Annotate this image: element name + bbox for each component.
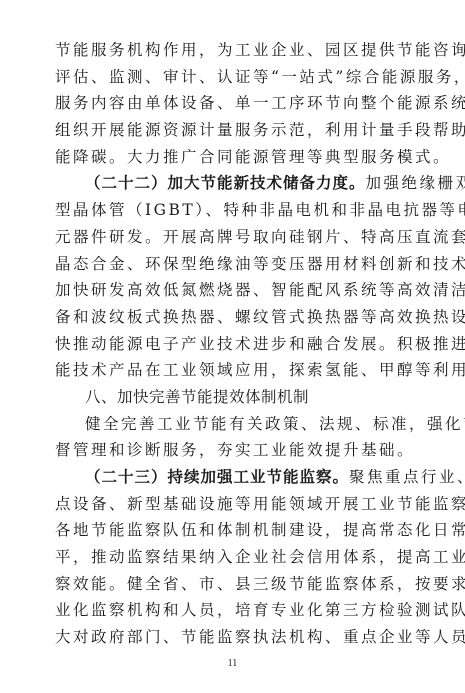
text-line: 晶态合金、环保型绝缘油等变压器用材料创新和技术升级。 [55, 251, 424, 278]
text-line: 点设备、新型基础设施等用能领域开展工业节能监察。强化 [55, 491, 424, 518]
text-line: 能降碳。大力推广合同能源管理等典型服务模式。 [55, 144, 424, 171]
text-line: 察效能。健全省、市、县三级节能监察体系，按要求配备专 [55, 571, 424, 598]
text-line: 督管理和诊断服务，夯实工业能效提升基础。 [55, 437, 424, 464]
text-line: 评估、监测、审计、认证等“一站式”综合能源服务，推动 [55, 64, 424, 91]
text-line: 能技术产品在工业领域应用，探索氢能、甲醇等利用模式。 [55, 357, 424, 384]
text-line: 型晶体管（IGBT）、特种非晶电机和非晶电抗器等电机核心 [55, 197, 424, 224]
text-line: 备和波纹板式换热器、螺纹管式换热器等高效换热设备。加 [55, 304, 424, 331]
text-line: 加快研发高效低氮燃烧器、智能配风系统等高效清洁燃烧设 [55, 277, 424, 304]
section-23-title: （二十三）持续加强工业节能监察。 [85, 468, 349, 486]
text-line: 快推动能源电子产业技术进步和融合发展。积极推进新型储 [55, 331, 424, 358]
text-line: 各地节能监察队伍和体制机制建设，提高常态化日常监察水 [55, 517, 424, 544]
text-line: 健全完善工业节能有关政策、法规、标准，强化节能监 [55, 411, 424, 438]
text-line: 大对政府部门、节能监察执法机构、重点企业等人员培训力 [55, 624, 424, 651]
text-line: 服务内容由单体设备、单一工序环节向整个能源系统转变。 [55, 90, 424, 117]
section-22-title: （二十二）加大节能新技术储备力度。 [85, 174, 366, 192]
section-22-first-line-text: 加强绝缘栅双极 [366, 174, 465, 192]
page-number: 11 [0, 658, 465, 669]
document-page: 节能服务机构作用，为工业企业、园区提供节能咨询、设计、 评估、监测、审计、认证等… [55, 37, 424, 651]
section-23-first-line: （二十三）持续加强工业节能监察。聚焦重点行业、重 [55, 464, 424, 491]
text-line: 元器件研发。开展高牌号取向硅钢片、特高压直流套管、非 [55, 224, 424, 251]
text-line: 节能服务机构作用，为工业企业、园区提供节能咨询、设计、 [55, 37, 424, 64]
section-22-first-line: （二十二）加大节能新技术储备力度。加强绝缘栅双极 [55, 170, 424, 197]
text-line: 业化监察机构和人员，培育专业化第三方检验测试队伍。加 [55, 597, 424, 624]
chapter-heading: 八、加快完善节能提效体制机制 [55, 384, 424, 411]
text-line: 平，推动监察结果纳入企业社会信用体系，提高工业节能监 [55, 544, 424, 571]
text-line: 组织开展能源资源计量服务示范，利用计量手段帮助企业节 [55, 117, 424, 144]
section-23-first-line-text: 聚焦重点行业、重 [349, 468, 465, 486]
